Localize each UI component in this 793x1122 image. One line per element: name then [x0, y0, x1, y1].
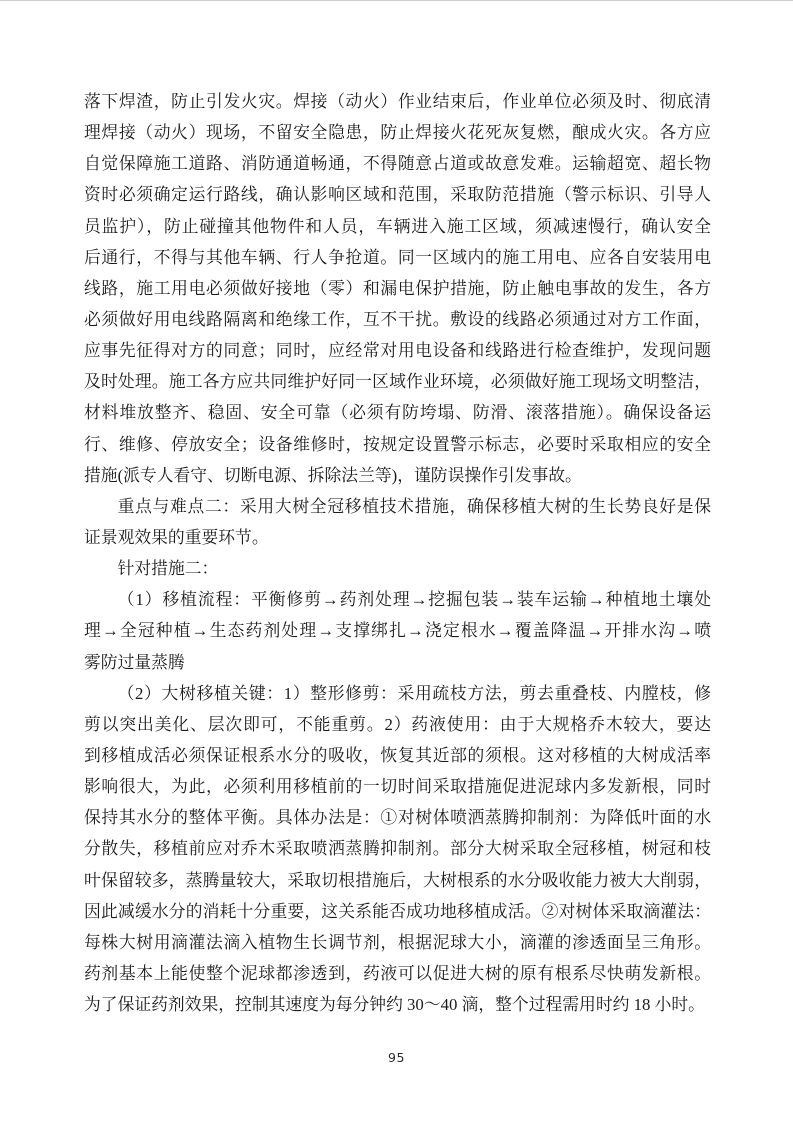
text-line: 自觉保障施工道路、消防通道畅通，不得随意占道或故意发难。运输超宽、超长物 — [84, 148, 711, 179]
text-line: 到移植成活必须保证根系水分的吸收，恢复其近部的须根。这对移植的大树成活率 — [84, 740, 711, 771]
text-line: 每株大树用滴灌法滴入植物生长调节剂，根据泥球大小，滴灌的渗透面呈三角形。 — [84, 927, 711, 958]
text-line: 应事先征得对方的同意；同时，应经常对用电设备和线路进行检查维护，发现问题 — [84, 335, 711, 366]
text-line: 叶保留较多，蒸腾量较大，采取切根措施后，大树根系的水分吸收能力被大大削弱， — [84, 865, 711, 896]
text-line: 必须做好用电线路隔离和绝缘工作，互不干扰。敷设的线路必须通过对方工作面， — [84, 304, 711, 335]
text-line: 证景观效果的重要环节。 — [84, 522, 711, 553]
text-line: 分散失，移植前应对乔木采取喷洒蒸腾抑制剂。部分大树采取全冠移植，树冠和枝 — [84, 833, 711, 864]
text-line: 理焊接（动火）现场，不留安全隐患，防止焊接火花死灰复燃，酿成火灾。各方应 — [84, 117, 711, 148]
text-line: 因此减缓水分的消耗十分重要，这关系能否成功地移植成活。②对树体采取滴灌法： — [84, 896, 711, 927]
text-line: 药剂基本上能使整个泥球都渗透到，药液可以促进大树的原有根系尽快萌发新根。 — [84, 958, 711, 989]
page-number: 95 — [388, 1050, 405, 1065]
text-line: 为了保证药剂效果，控制其速度为每分钟约 30～40 滴，整个过程需用时约 18 … — [84, 989, 711, 1020]
text-line: 员监护），防止碰撞其他物件和人员，车辆进入施工区域，须减速慢行，确认安全 — [84, 211, 711, 242]
text-line: 保持其水分的整体平衡。具体办法是：①对树体喷洒蒸腾抑制剂：为降低叶面的水 — [84, 802, 711, 833]
text-line: 后通行，不得与其他车辆、行人争抢道。同一区域内的施工用电、应各自安装用电 — [84, 242, 711, 273]
text-line: 资时必须确定运行路线，确认影响区域和范围，采取防范措施（警示标识、引导人 — [84, 179, 711, 210]
text-line: 重点与难点二：采用大树全冠移植技术措施，确保移植大树的生长势良好是保 — [84, 491, 711, 522]
text-line: 及时处理。施工各方应共同维护好同一区域作业环境，必须做好施工现场文明整洁， — [84, 366, 711, 397]
text-line: （1）移植流程：平衡修剪→药剂处理→挖掘包装→装车运输→种植地土壤处 — [84, 584, 711, 615]
page-footer: 95 — [0, 1049, 793, 1067]
document-page: { "document": { "page_number": "95", "te… — [0, 0, 793, 1122]
document-body: 落下焊渣，防止引发火灾。焊接（动火）作业结束后，作业单位必须及时、彻底清理焊接（… — [84, 86, 711, 1020]
text-line: 材料堆放整齐、稳固、安全可靠（必须有防垮塌、防滑、滚落措施）。确保设备运 — [84, 397, 711, 428]
text-line: 落下焊渣，防止引发火灾。焊接（动火）作业结束后，作业单位必须及时、彻底清 — [84, 86, 711, 117]
text-line: 措施(派专人看守、切断电源、拆除法兰等)，谨防误操作引发事故。 — [84, 460, 711, 491]
page-top-edge — [0, 0, 793, 1]
text-line: 雾防过量蒸腾 — [84, 647, 711, 678]
text-line: 行、维修、停放安全；设备维修时，按规定设置警示标志，必要时采取相应的安全 — [84, 429, 711, 460]
text-line: 线路，施工用电必须做好接地（零）和漏电保护措施，防止触电事故的发生，各方 — [84, 273, 711, 304]
text-line: 影响很大，为此，必须利用移植前的一切时间采取措施促进泥球内多发新根，同时 — [84, 771, 711, 802]
text-line: 剪以突出美化、层次即可，不能重剪。2）药液使用：由于大规格乔木较大，要达 — [84, 709, 711, 740]
text-line: （2）大树移植关键：1）整形修剪：采用疏枝方法，剪去重叠枝、内膛枝，修 — [84, 678, 711, 709]
text-line: 理→全冠种植→生态药剂处理→支撑绑扎→浇定根水→覆盖降温→开排水沟→喷 — [84, 615, 711, 646]
text-line: 针对措施二： — [84, 553, 711, 584]
